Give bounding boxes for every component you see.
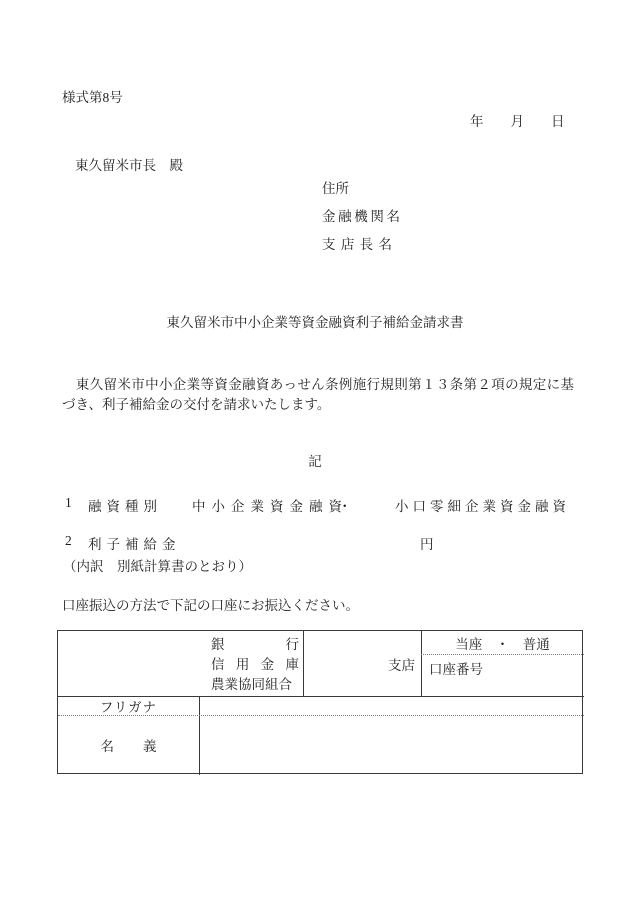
address-label: 住所 bbox=[322, 177, 349, 197]
item-1-option-left: 中小企業資金融資 bbox=[192, 495, 348, 515]
bank-account-table: 銀行 信用金庫 農業協同組合 支店 当座 ・ 普通 口座番号 フリガナ 名義 bbox=[57, 630, 583, 774]
date-line: 年 月 日 bbox=[470, 110, 565, 130]
transfer-instruction: 口座振込の方法で下記の口座にお振込ください。 bbox=[62, 594, 359, 614]
item-1-label: 融資種別 bbox=[88, 495, 162, 515]
account-holder-label: 名義 bbox=[101, 735, 157, 755]
branch-label: 支店 bbox=[304, 631, 420, 696]
item-2-number: 2 bbox=[65, 533, 72, 549]
list-heading: 記 bbox=[0, 450, 630, 470]
item-2-unit: 円 bbox=[420, 533, 434, 553]
table-vertical-divider bbox=[199, 696, 200, 775]
document-page: 様式第8号 年 月 日 東久留米市長 殿 住所 金融機関名 支店長名 東久留米市… bbox=[0, 0, 630, 903]
table-dotted-divider bbox=[421, 654, 584, 655]
addressee: 東久留米市長 殿 bbox=[75, 154, 183, 174]
branch-manager-label: 支店長名 bbox=[322, 233, 392, 253]
institution-type-list: 銀行 信用金庫 農業協同組合 bbox=[211, 635, 299, 695]
furigana-label: フリガナ bbox=[58, 696, 199, 715]
item-2-note: （内訳 別紙計算書のとおり） bbox=[63, 555, 252, 575]
form-number: 様式第8号 bbox=[62, 86, 123, 106]
account-type-options: 当座 ・ 普通 bbox=[421, 631, 584, 654]
institution-type-agricultural-coop: 農業協同組合 bbox=[211, 675, 299, 695]
account-number-label: 口座番号 bbox=[429, 658, 483, 678]
institution-type-shinkin: 信用金庫 bbox=[211, 655, 299, 675]
account-holder-cell: 名義 bbox=[58, 715, 199, 775]
item-1-option-right: 小口零細企業資金融資 bbox=[395, 495, 570, 515]
item-2-label: 利子補給金 bbox=[88, 533, 181, 553]
body-paragraph: 東久留米市中小企業等資金融資あっせん条例施行規則第１３条第２項の規定に基づき、利… bbox=[62, 375, 574, 415]
item-1-separator: ・ bbox=[338, 495, 352, 515]
item-1-number: 1 bbox=[65, 495, 72, 511]
document-title: 東久留米市中小企業等資金融資利子補給金請求書 bbox=[0, 311, 630, 331]
institution-type-bank: 銀行 bbox=[211, 635, 299, 655]
institution-name-label: 金融機関名 bbox=[322, 205, 400, 225]
